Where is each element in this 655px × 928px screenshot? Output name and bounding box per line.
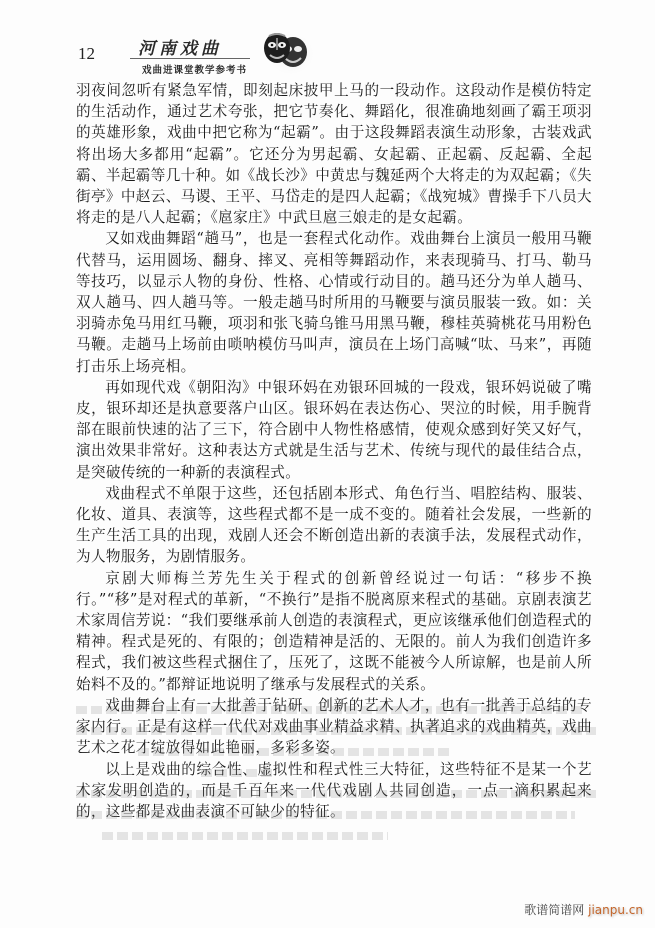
page-number: 12 (78, 44, 95, 64)
paragraph-program-scope: 戏曲程式不单限于这些，还包括剧本形式、角色行当、唱腔结构、服装、化妆、道具、表演… (76, 483, 592, 568)
book-title: 河南戏曲 (138, 34, 222, 59)
title-underline (130, 58, 250, 59)
paragraph-qiba: 羽夜间忽听有紧急军情，即刻起床披甲上马的一段动作。这段动作是模仿特定的生活动作，… (76, 80, 592, 228)
book-page: 12 河南戏曲 戏曲进课堂教学参考书 (0, 0, 655, 928)
site-watermark: 歌谱简谱网 jianpu.cn (524, 901, 643, 918)
reverse-page-bleed-through (76, 706, 596, 866)
opera-mask-icon (255, 28, 313, 76)
paragraph-mei-lanfang-quote: 京剧大师梅兰芳先生关于程式的创新曾经说过一句话：“移步不换行。”“移”是对程式的… (76, 568, 592, 695)
book-subtitle: 戏曲进课堂教学参考书 (142, 62, 247, 76)
book-header-logo: 河南戏曲 戏曲进课堂教学参考书 (130, 34, 330, 82)
watermark-site-url: jianpu.cn (588, 903, 643, 917)
paragraph-tangma: 又如戏曲舞蹈“趟马”，也是一套程式化动作。戏曲舞台上演员一般用马鞭代替马，运用圆… (76, 228, 592, 376)
watermark-site-name: 歌谱简谱网 (524, 903, 584, 917)
paragraph-chaoyanggou: 再如现代戏《朝阳沟》中银环妈在劝银环回城的一段戏，银环妈说破了嘴皮，银环却还是执… (76, 377, 592, 483)
